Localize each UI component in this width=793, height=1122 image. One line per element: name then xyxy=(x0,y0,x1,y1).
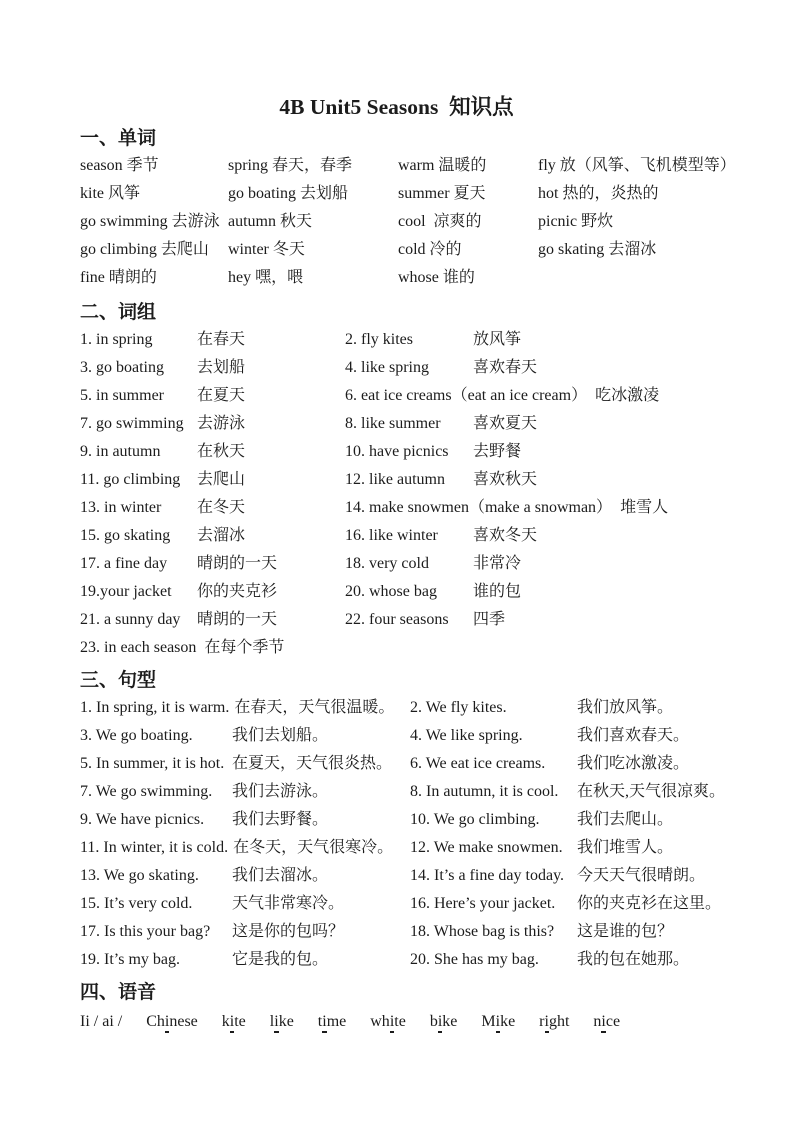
sentence-right-item: 6. We eat ice creams.我们吃冰激凌。 xyxy=(410,750,737,778)
word-entry: hey 嘿，喂 xyxy=(228,264,398,292)
phonics-word: kite xyxy=(222,1008,246,1036)
word-entry: picnic 野炊 xyxy=(538,208,737,236)
phrase-row: 15. go skating去溜冰16. like winter喜欢冬天 xyxy=(80,522,737,550)
phrase-chinese: 去野餐 xyxy=(473,438,521,466)
sentence-row: 13. We go skating.我们去溜冰。14. It’s a fine … xyxy=(80,862,737,890)
phrase-row: 13. in winter在冬天14. make snowmen（make a … xyxy=(80,494,737,522)
sentence-right-item: 10. We go climbing.我们去爬山。 xyxy=(410,806,737,834)
phrase-chinese: 喜欢冬天 xyxy=(473,522,537,550)
phrase-chinese: 晴朗的一天 xyxy=(197,606,277,634)
phonics-word-prefix: n xyxy=(593,1013,601,1030)
phonics-line: Ii / ai / ChinesekiteliketimewhitebikeMi… xyxy=(80,1008,737,1036)
word-entry: autumn 秋天 xyxy=(228,208,398,236)
phonics-word: Chinese xyxy=(146,1008,198,1036)
phrase-english: 17. a fine day xyxy=(80,550,197,578)
word-entry: fine 晴朗的 xyxy=(80,264,228,292)
sentence-row: 19. It’s my bag.它是我的包。20. She has my bag… xyxy=(80,946,737,974)
section-heading-sentences: 三、句型 xyxy=(80,668,737,694)
section-heading-phonics: 四、语音 xyxy=(80,980,737,1006)
phrase-right-item: 22. four seasons四季 xyxy=(345,606,737,634)
sentence-chinese: 我们喜欢春天。 xyxy=(577,722,689,750)
phonics-word-suffix: ke xyxy=(500,1013,515,1030)
phonics-word-prefix: wh xyxy=(370,1013,390,1030)
sentence-row: 15. It’s very cold.天气非常寒冷。16. Here’s you… xyxy=(80,890,737,918)
word-entry: warm 温暖的 xyxy=(398,152,538,180)
phrase-chinese: 谁的包 xyxy=(473,578,521,606)
phrase-row: 17. a fine day晴朗的一天18. very cold非常冷 xyxy=(80,550,737,578)
phrase-chinese: 你的夹克衫 xyxy=(197,578,277,606)
sentence-chinese: 我的包在她那。 xyxy=(577,946,689,974)
phrase-english: 3. go boating xyxy=(80,354,197,382)
phrase-english xyxy=(345,634,473,662)
phrase-left-item: 7. go swimming去游泳 xyxy=(80,410,345,438)
phrase-english: 19.your jacket xyxy=(80,578,197,606)
words-section: season 季节spring 春天，春季warm 温暖的fly 放（风筝、飞机… xyxy=(80,152,737,292)
sentence-chinese: 在秋天,天气很凉爽。 xyxy=(577,778,725,806)
sentence-chinese: 在夏天，天气很炎热。 xyxy=(232,750,392,778)
phonics-word-prefix: M xyxy=(481,1013,495,1030)
sentence-english: 19. It’s my bag. xyxy=(80,946,232,974)
sentence-english: 5. In summer, it is hot. xyxy=(80,750,232,778)
phonics-word-prefix: Ch xyxy=(146,1013,165,1030)
section-heading-words: 一、单词 xyxy=(80,126,737,152)
phrase-right-item: 12. like autumn喜欢秋天 xyxy=(345,466,737,494)
phrase-chinese: 去划船 xyxy=(197,354,245,382)
word-entry: fly 放（风筝、飞机模型等） xyxy=(538,152,737,180)
phrase-chinese: 在夏天 xyxy=(197,382,245,410)
phrase-chinese: 非常冷 xyxy=(473,550,521,578)
phonics-word-prefix: k xyxy=(222,1013,230,1030)
phrase-row: 21. a sunny day晴朗的一天22. four seasons四季 xyxy=(80,606,737,634)
phrase-left-item: 1. in spring在春天 xyxy=(80,326,345,354)
sentence-english: 17. Is this your bag? xyxy=(80,918,232,946)
word-row: go climbing 去爬山winter 冬天cold 冷的go skatin… xyxy=(80,236,737,264)
sentence-row: 7. We go swimming.我们去游泳。8. In autumn, it… xyxy=(80,778,737,806)
word-entry: go climbing 去爬山 xyxy=(80,236,228,264)
phonics-word-prefix: b xyxy=(430,1013,438,1030)
phrase-right-item: 4. like spring喜欢春天 xyxy=(345,354,737,382)
phrase-left-item: 13. in winter在冬天 xyxy=(80,494,345,522)
phrase-english: 2. fly kites xyxy=(345,326,473,354)
phonics-word: bike xyxy=(430,1008,458,1036)
phrase-chinese: 喜欢秋天 xyxy=(473,466,537,494)
sentence-english: 3. We go boating. xyxy=(80,722,232,750)
phrase-left-item: 5. in summer在夏天 xyxy=(80,382,345,410)
phrase-left-item: 19.your jacket你的夹克衫 xyxy=(80,578,345,606)
sentence-chinese: 我们去溜冰。 xyxy=(232,862,328,890)
phrase-chinese: 去爬山 xyxy=(197,466,245,494)
phonics-word: right xyxy=(539,1008,569,1036)
word-entry: whose 谁的 xyxy=(398,264,538,292)
sentence-row: 5. In summer, it is hot.在夏天，天气很炎热。6. We … xyxy=(80,750,737,778)
sentence-right-item: 2. We fly kites.我们放风筝。 xyxy=(410,694,737,722)
sentence-row: 1. In spring, it is warm.在春天，天气很温暖。2. We… xyxy=(80,694,737,722)
phrase-chinese: 吃冰激凌 xyxy=(595,382,659,410)
sentence-right-item: 8. In autumn, it is cool.在秋天,天气很凉爽。 xyxy=(410,778,737,806)
phonics-word-suffix: te xyxy=(394,1013,406,1030)
phrase-english: 15. go skating xyxy=(80,522,197,550)
phrase-chinese: 在冬天 xyxy=(197,494,245,522)
sentence-english: 8. In autumn, it is cool. xyxy=(410,778,577,806)
word-entry: hot 热的，炎热的 xyxy=(538,180,737,208)
sentence-left-item: 3. We go boating.我们去划船。 xyxy=(80,722,410,750)
phrase-english: 18. very cold xyxy=(345,550,473,578)
phrase-english: 6. eat ice creams（eat an ice cream） xyxy=(345,382,595,410)
phrase-row: 1. in spring在春天2. fly kites放风筝 xyxy=(80,326,737,354)
sentence-left-item: 7. We go swimming.我们去游泳。 xyxy=(80,778,410,806)
sentence-row: 17. Is this your bag?这是你的包吗？18. Whose ba… xyxy=(80,918,737,946)
word-entry: cold 冷的 xyxy=(398,236,538,264)
phrase-chinese: 放风筝 xyxy=(473,326,521,354)
sentence-chinese: 你的夹克衫在这里。 xyxy=(577,890,721,918)
sentence-english: 1. In spring, it is warm. xyxy=(80,694,234,722)
phrase-english: 13. in winter xyxy=(80,494,197,522)
phrase-right-item: 6. eat ice creams（eat an ice cream）吃冰激凌 xyxy=(345,382,737,410)
sentence-right-item: 4. We like spring.我们喜欢春天。 xyxy=(410,722,737,750)
phonics-word-suffix: me xyxy=(327,1013,347,1030)
phrase-chinese: 喜欢春天 xyxy=(473,354,537,382)
sentence-right-item: 12. We make snowmen.我们堆雪人。 xyxy=(410,834,737,862)
sentence-chinese: 这是谁的包？ xyxy=(577,918,673,946)
sentence-chinese: 我们去爬山。 xyxy=(577,806,673,834)
sentence-left-item: 13. We go skating.我们去溜冰。 xyxy=(80,862,410,890)
phrase-left-item: 15. go skating去溜冰 xyxy=(80,522,345,550)
phrase-english: 8. like summer xyxy=(345,410,473,438)
worksheet-page: 4B Unit5 Seasons 知识点 一、单词 season 季节sprin… xyxy=(0,0,793,1122)
sentence-row: 3. We go boating.我们去划船。4. We like spring… xyxy=(80,722,737,750)
phrase-chinese: 喜欢夏天 xyxy=(473,410,537,438)
phrase-right-item: 8. like summer喜欢夏天 xyxy=(345,410,737,438)
phrase-right-item: 20. whose bag谁的包 xyxy=(345,578,737,606)
phrase-chinese: 晴朗的一天 xyxy=(197,550,277,578)
phonics-word-suffix: ke xyxy=(279,1013,294,1030)
sentence-english: 7. We go swimming. xyxy=(80,778,232,806)
phrase-chinese: 去游泳 xyxy=(197,410,245,438)
word-row: fine 晴朗的hey 嘿，喂whose 谁的 xyxy=(80,264,737,292)
sentence-chinese: 天气非常寒冷。 xyxy=(232,890,344,918)
phrase-english: 20. whose bag xyxy=(345,578,473,606)
sentences-section: 1. In spring, it is warm.在春天，天气很温暖。2. We… xyxy=(80,694,737,974)
sentence-chinese: 我们去野餐。 xyxy=(232,806,328,834)
sentence-english: 2. We fly kites. xyxy=(410,694,577,722)
sentence-english: 9. We have picnics. xyxy=(80,806,232,834)
sentence-english: 4. We like spring. xyxy=(410,722,577,750)
sentence-chinese: 我们放风筝。 xyxy=(577,694,673,722)
phrase-row: 7. go swimming去游泳8. like summer喜欢夏天 xyxy=(80,410,737,438)
sentence-chinese: 在春天，天气很温暖。 xyxy=(234,694,394,722)
phrases-section: 1. in spring在春天2. fly kites放风筝3. go boat… xyxy=(80,326,737,662)
phrase-english: 16. like winter xyxy=(345,522,473,550)
sentence-right-item: 18. Whose bag is this?这是谁的包？ xyxy=(410,918,737,946)
phrase-english: 4. like spring xyxy=(345,354,473,382)
phonics-word: time xyxy=(318,1008,346,1036)
sentence-english: 10. We go climbing. xyxy=(410,806,577,834)
word-entry: go boating 去划船 xyxy=(228,180,398,208)
phrase-right-item: 2. fly kites放风筝 xyxy=(345,326,737,354)
phrase-english: 14. make snowmen（make a snowman） xyxy=(345,494,620,522)
sentence-english: 18. Whose bag is this? xyxy=(410,918,577,946)
phrase-left-item: 21. a sunny day晴朗的一天 xyxy=(80,606,345,634)
word-entry xyxy=(538,264,737,292)
phrase-right-item: 14. make snowmen（make a snowman）堆雪人 xyxy=(345,494,737,522)
phrase-left-item: 17. a fine day晴朗的一天 xyxy=(80,550,345,578)
sentence-left-item: 19. It’s my bag.它是我的包。 xyxy=(80,946,410,974)
phrase-left-item: 3. go boating去划船 xyxy=(80,354,345,382)
sentence-english: 12. We make snowmen. xyxy=(410,834,577,862)
phrase-chinese: 堆雪人 xyxy=(620,494,668,522)
phrase-row: 3. go boating去划船4. like spring喜欢春天 xyxy=(80,354,737,382)
phrase-english: 23. in each season xyxy=(80,634,204,662)
sentence-chinese: 我们去游泳。 xyxy=(232,778,328,806)
phrase-left-item: 11. go climbing去爬山 xyxy=(80,466,345,494)
phrase-row: 23. in each season在每个季节 xyxy=(80,634,737,662)
phrase-english: 1. in spring xyxy=(80,326,197,354)
sentence-chinese: 我们去划船。 xyxy=(232,722,328,750)
phonics-word: Mike xyxy=(481,1008,515,1036)
word-entry: go swimming 去游泳 xyxy=(80,208,228,236)
phrase-english: 9. in autumn xyxy=(80,438,197,466)
sentence-english: 16. Here’s your jacket. xyxy=(410,890,577,918)
phonics-sound-label: Ii / ai / xyxy=(80,1008,122,1036)
phrase-chinese: 在春天 xyxy=(197,326,245,354)
word-entry: winter 冬天 xyxy=(228,236,398,264)
sentence-english: 15. It’s very cold. xyxy=(80,890,232,918)
phrase-chinese: 在秋天 xyxy=(197,438,245,466)
phrase-chinese: 去溜冰 xyxy=(197,522,245,550)
phonics-word-suffix: ke xyxy=(442,1013,457,1030)
sentence-right-item: 16. Here’s your jacket.你的夹克衫在这里。 xyxy=(410,890,737,918)
sentence-english: 13. We go skating. xyxy=(80,862,232,890)
phrase-right-item: 10. have picnics去野餐 xyxy=(345,438,737,466)
sentence-left-item: 5. In summer, it is hot.在夏天，天气很炎热。 xyxy=(80,750,410,778)
phrase-chinese: 在每个季节 xyxy=(204,634,284,662)
phrase-english: 21. a sunny day xyxy=(80,606,197,634)
phrase-english: 22. four seasons xyxy=(345,606,473,634)
sentence-english: 20. She has my bag. xyxy=(410,946,577,974)
sentence-english: 11. In winter, it is cold. xyxy=(80,834,233,862)
phrase-english: 5. in summer xyxy=(80,382,197,410)
phrase-english: 11. go climbing xyxy=(80,466,197,494)
phrase-right-item xyxy=(345,634,737,662)
sentence-left-item: 9. We have picnics.我们去野餐。 xyxy=(80,806,410,834)
word-entry: season 季节 xyxy=(80,152,228,180)
page-title: 4B Unit5 Seasons 知识点 xyxy=(0,95,793,120)
sentence-english: 6. We eat ice creams. xyxy=(410,750,577,778)
phrase-left-item: 9. in autumn在秋天 xyxy=(80,438,345,466)
sentence-left-item: 17. Is this your bag?这是你的包吗？ xyxy=(80,918,410,946)
sentence-english: 14. It’s a fine day today. xyxy=(410,862,577,890)
sentence-left-item: 15. It’s very cold.天气非常寒冷。 xyxy=(80,890,410,918)
word-row: go swimming 去游泳autumn 秋天cool 凉爽的picnic 野… xyxy=(80,208,737,236)
phonics-word-suffix: ce xyxy=(606,1013,620,1030)
word-entry: spring 春天，春季 xyxy=(228,152,398,180)
sentence-right-item: 20. She has my bag.我的包在她那。 xyxy=(410,946,737,974)
phrase-english: 12. like autumn xyxy=(345,466,473,494)
phonics-words: ChinesekiteliketimewhitebikeMikerightnic… xyxy=(146,1008,620,1036)
sentence-chinese: 今天天气很晴朗。 xyxy=(577,862,705,890)
phrase-row: 19.your jacket你的夹克衫20. whose bag谁的包 xyxy=(80,578,737,606)
phrase-english: 10. have picnics xyxy=(345,438,473,466)
phrase-right-item: 16. like winter喜欢冬天 xyxy=(345,522,737,550)
word-entry: go skating 去溜冰 xyxy=(538,236,737,264)
word-entry: kite 风筝 xyxy=(80,180,228,208)
sentence-left-item: 1. In spring, it is warm.在春天，天气很温暖。 xyxy=(80,694,410,722)
sentence-chinese: 这是你的包吗？ xyxy=(232,918,344,946)
phrase-right-item: 18. very cold非常冷 xyxy=(345,550,737,578)
sentence-chinese: 它是我的包。 xyxy=(232,946,328,974)
phonics-word: nice xyxy=(593,1008,620,1036)
phonics-word: white xyxy=(370,1008,406,1036)
word-entry: summer 夏天 xyxy=(398,180,538,208)
sentence-chinese: 我们吃冰激凌。 xyxy=(577,750,689,778)
section-heading-phrases: 二、词组 xyxy=(80,300,737,326)
sentence-chinese: 在冬天，天气很寒冷。 xyxy=(233,834,393,862)
sentence-chinese: 我们堆雪人。 xyxy=(577,834,673,862)
sentence-row: 11. In winter, it is cold.在冬天，天气很寒冷。12. … xyxy=(80,834,737,862)
word-row: season 季节spring 春天，春季warm 温暖的fly 放（风筝、飞机… xyxy=(80,152,737,180)
sentence-right-item: 14. It’s a fine day today.今天天气很晴朗。 xyxy=(410,862,737,890)
phrase-chinese: 四季 xyxy=(473,606,505,634)
sentence-left-item: 11. In winter, it is cold.在冬天，天气很寒冷。 xyxy=(80,834,410,862)
phonics-word-suffix: ght xyxy=(549,1013,569,1030)
phonics-word: like xyxy=(270,1008,294,1036)
phrase-row: 5. in summer在夏天6. eat ice creams（eat an … xyxy=(80,382,737,410)
sentence-row: 9. We have picnics.我们去野餐。10. We go climb… xyxy=(80,806,737,834)
word-entry: cool 凉爽的 xyxy=(398,208,538,236)
phonics-word-suffix: te xyxy=(234,1013,246,1030)
phrase-left-item: 23. in each season在每个季节 xyxy=(80,634,345,662)
phonics-word-suffix: nese xyxy=(169,1013,197,1030)
word-row: kite 风筝go boating 去划船summer 夏天hot 热的，炎热的 xyxy=(80,180,737,208)
phrase-row: 9. in autumn在秋天10. have picnics去野餐 xyxy=(80,438,737,466)
phrase-english: 7. go swimming xyxy=(80,410,197,438)
phrase-row: 11. go climbing去爬山12. like autumn喜欢秋天 xyxy=(80,466,737,494)
